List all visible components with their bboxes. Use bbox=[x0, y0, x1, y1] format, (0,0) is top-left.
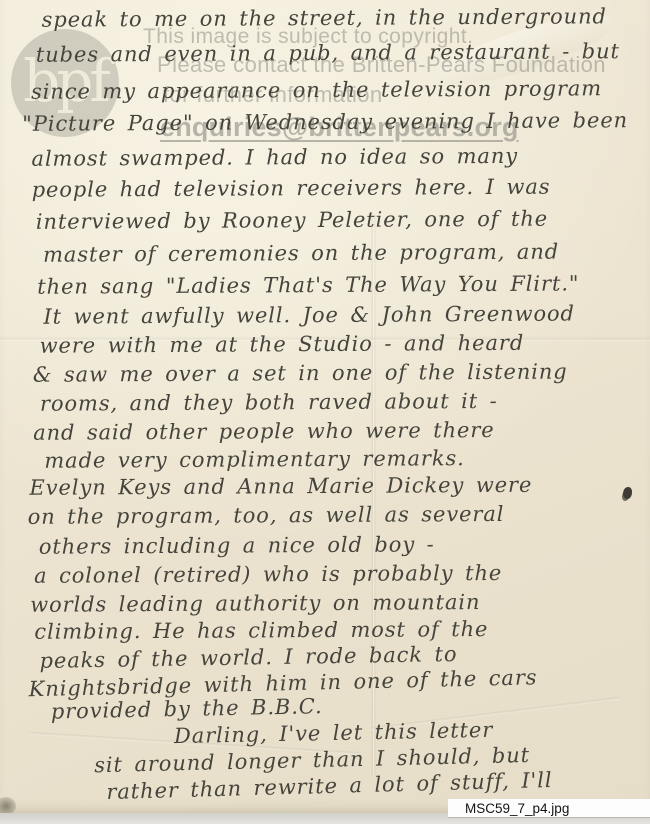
letter-line: & saw me over a set in one of the listen… bbox=[33, 360, 568, 387]
letter-line: It went awfully well. Joe & John Greenwo… bbox=[43, 301, 575, 328]
letter-line: people had television receivers here. I … bbox=[32, 175, 551, 202]
letter-line: made very complimentary remarks. bbox=[44, 446, 464, 473]
letter-line: since my appearance on the television pr… bbox=[31, 76, 602, 103]
letter-line: were with me at the Studio - and heard bbox=[40, 331, 525, 358]
letter-line: Evelyn Keys and Anna Marie Dickey were bbox=[29, 473, 532, 500]
letter-line: others including a nice old boy - bbox=[39, 532, 435, 558]
filename-label: MSC59_7_p4.jpg bbox=[448, 799, 650, 818]
scanned-letter-page: bpf This image is subject to copyright. … bbox=[0, 0, 650, 824]
letter-paper: bpf This image is subject to copyright. … bbox=[0, 0, 650, 814]
letter-line: provided by the B.B.C. bbox=[51, 694, 323, 723]
letter-line: a colonel (retired) who is probably the bbox=[34, 561, 502, 588]
letter-line: speak to me on the street, in the underg… bbox=[42, 4, 607, 31]
letter-line: climbing. He has climbed most of the bbox=[34, 617, 488, 644]
letter-line: rooms, and they both raved about it - bbox=[40, 389, 498, 416]
letter-line: almost swamped. I had no idea so many bbox=[31, 144, 518, 171]
letter-line: worlds leading authority on mountain bbox=[30, 590, 480, 617]
letter-line: on the program, too, as well as several bbox=[28, 502, 505, 529]
letter-line: interviewed by Rooney Peletier, one of t… bbox=[36, 207, 548, 234]
letter-line: then sang "Ladies That's The Way You Fli… bbox=[37, 271, 579, 298]
letter-line: master of ceremonies on the program, and bbox=[43, 240, 559, 267]
letter-line: "Picture Page" on Wednesday evening I ha… bbox=[22, 108, 628, 136]
letter-line: and said other people who were there bbox=[33, 418, 495, 445]
letter-line: tubes and even in a pub, and a restauran… bbox=[36, 39, 620, 67]
handwritten-letter-body: speak to me on the street, in the underg… bbox=[0, 0, 650, 816]
letter-line: Darling, I've let this letter bbox=[174, 718, 494, 748]
